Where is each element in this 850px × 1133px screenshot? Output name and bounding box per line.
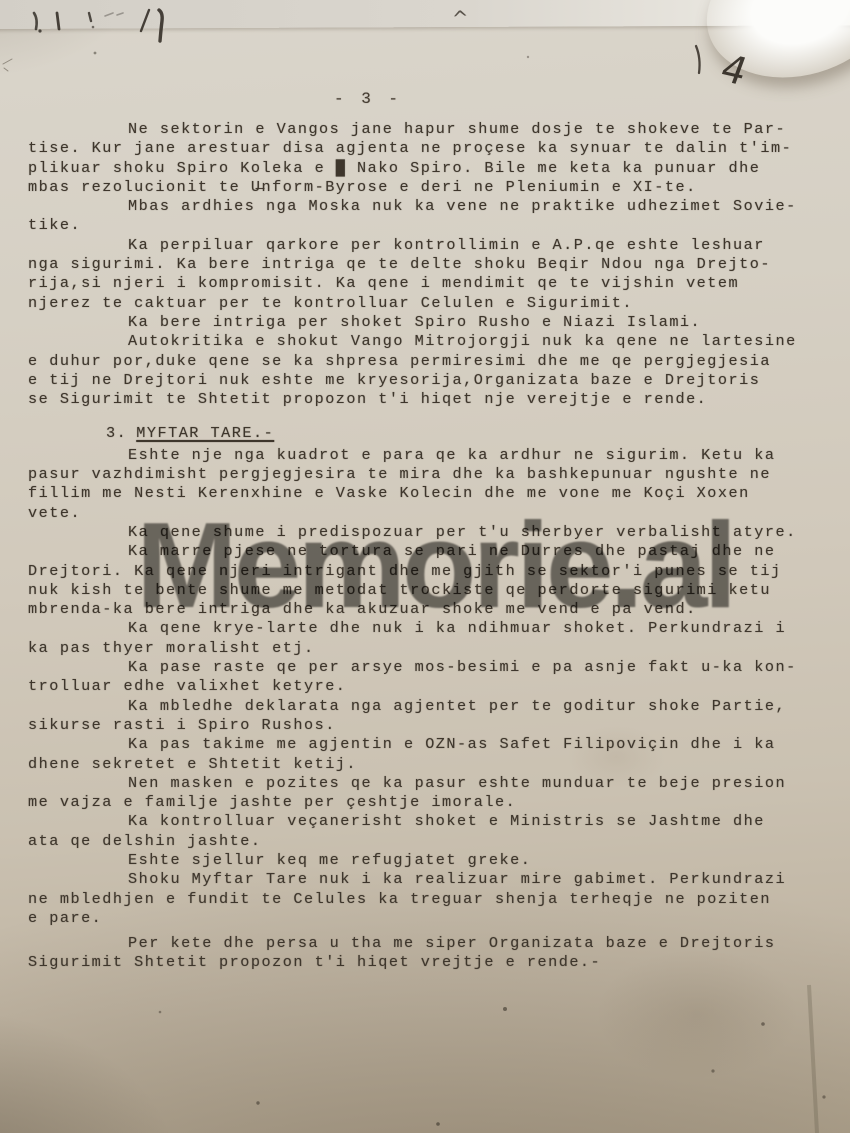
paragraph: Eshte sjellur keq me refugjatet greke.	[28, 851, 832, 870]
paragraph: Ka bere intriga per shoket Spiro Rusho e…	[28, 313, 832, 332]
paragraph: Ka perpiluar qarkore per kontrollimin e …	[28, 236, 832, 313]
paragraph: Shoku Myftar Tare nuk i ka realizuar mir…	[28, 870, 832, 928]
paragraph: Mbas ardhies nga Moska nuk ka vene ne pr…	[28, 197, 832, 236]
handwritten-caret-mark: ^	[451, 5, 469, 30]
paragraph: Ka kontrolluar veçanerisht shoket e Mini…	[28, 812, 832, 851]
paragraph: Autokritika e shokut Vango Mitrojorgji n…	[28, 332, 832, 409]
paragraph: Ka mbledhe deklarata nga agjentet per te…	[28, 697, 832, 736]
left-edge-pencil-mark	[3, 59, 12, 71]
paragraph: Ka pase raste qe per arsye mos-besimi e …	[28, 658, 832, 697]
paragraph: Ka pas takime me agjentin e OZN-as Safet…	[28, 735, 832, 774]
section-title: MYFTAR TARE.-	[136, 424, 274, 442]
section-heading: 3.MYFTAR TARE.-	[28, 424, 832, 443]
section-number: 3.	[106, 424, 127, 442]
watermark: Memorie.al	[136, 504, 733, 626]
page-number: - 3 -	[334, 90, 402, 108]
paper-crease-line	[809, 985, 817, 1133]
right-margin-pen-stroke	[696, 46, 700, 73]
scanned-document-photo: - 3 - Ne sektorin e Vangos jane hapur sh…	[0, 0, 850, 1133]
page-corner-curl	[690, 0, 850, 99]
paragraph: Per kete dhe persa u tha me siper Organi…	[28, 934, 832, 973]
paragraph: Ne sektorin e Vangos jane hapur shume do…	[28, 120, 832, 197]
paragraph: Nen masken e pozites qe ka pasur eshte m…	[28, 774, 832, 813]
